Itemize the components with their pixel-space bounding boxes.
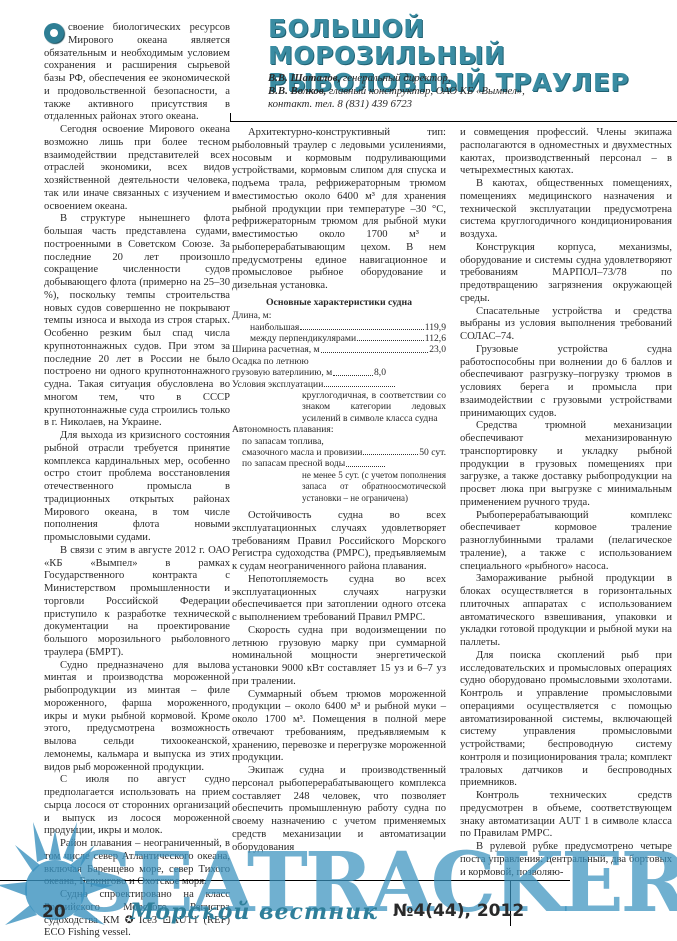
paragraph: и совмещения профессий. Члены экипажа ра… [460, 127, 672, 178]
spec-row: грузовую ватерлинию, м8,0 [232, 367, 446, 378]
page-number: 20 [42, 902, 66, 922]
author-1: В.В. Шаталов, генеральный директор, [268, 72, 525, 85]
paragraph: В рулевой рубке предусмотрено четыре пос… [460, 841, 672, 879]
spec-row: по запасам пресной воды [232, 458, 446, 469]
article-authors: В.В. Шаталов, генеральный директор, В.В.… [268, 72, 525, 111]
spec-row: наибольшая119,9 [232, 322, 446, 333]
magazine-name: Морской вестник [130, 899, 378, 925]
author-2: В.В. Волков, главный конструктор, ОАО КБ… [268, 85, 525, 98]
spec-value: 112,6 [425, 333, 446, 344]
spec-value: 23,0 [429, 344, 446, 355]
specs-table: Основные характеристики судна Длина, м: … [232, 297, 446, 504]
column-2: Архитектурно-конструктивный тип: рыболов… [232, 127, 446, 854]
paragraph: В связи с этим в августе 2012 г. ОАО «КБ… [44, 545, 230, 660]
paragraph: Экипаж судна и производственный персонал… [232, 765, 446, 854]
author-1-role: генеральный директор, [340, 72, 450, 84]
spec-draft-label: Осадка по летнюю [232, 356, 446, 367]
paragraph: Рыбоперерабатывающий комплекс обеспечива… [460, 510, 672, 574]
paragraph: Средства трюмной механизации обеспечиваю… [460, 420, 672, 509]
paragraph: Судно предназначено для вылова минтая и … [44, 660, 230, 775]
paragraph: Остойчивость судна во всех эксплуатацион… [232, 510, 446, 574]
paragraph: Контроль технических средств предусмотре… [460, 790, 672, 841]
paragraph: Для поиска скоплений рыб при исследовате… [460, 650, 672, 790]
paragraph: Для выхода из кризисного состояния рыбно… [44, 430, 230, 545]
paragraph-intro: своение биологических ресурсов Мирового … [44, 22, 230, 124]
paragraph: Непотопляемость судна во всех эксплуатац… [232, 574, 446, 625]
paragraph: Район плавания – неограниченный, в том ч… [44, 838, 230, 889]
paragraph: С июля по август судно предполагается ис… [44, 774, 230, 838]
column-3: и совмещения профессий. Члены экипажа ра… [460, 127, 672, 879]
issue-number: №4(44), 2012 [393, 901, 524, 921]
paragraph: Суммарный объем трюмов мороженной продук… [232, 689, 446, 766]
paragraph: Конструкция корпуса, механизмы, оборудов… [460, 242, 672, 306]
footer-divider [0, 880, 570, 881]
paragraph: Спасательные устройства и средства выбра… [460, 306, 672, 344]
author-2-role: главный конструктор, ОАО КБ «Вымпел», [326, 85, 525, 97]
author-1-name: В.В. Шаталов, [268, 72, 340, 84]
author-2-name: В.В. Волков, [268, 85, 326, 97]
spec-value: 8,0 [374, 367, 386, 378]
spec-operation-value: круглогодичная, в соответствии со знаком… [232, 390, 446, 424]
author-contact: контакт. тел. 8 (831) 439 6723 [268, 98, 525, 111]
paragraph: Грузовые устройства судна работоспособны… [460, 344, 672, 421]
paragraph: В каютах, общественных помещениях, помещ… [460, 178, 672, 242]
specs-title: Основные характеристики судна [232, 297, 446, 308]
dropcap-o-icon [44, 23, 64, 43]
spec-row: между перпендикулярами112,6 [232, 333, 446, 344]
spec-row: смазочного масла и провизии50 сут. [232, 447, 446, 458]
spec-row: Ширина расчетная, м23,0 [232, 344, 446, 355]
spec-value: 119,9 [425, 322, 446, 333]
spec-row: Условия эксплуатации [232, 379, 446, 390]
paragraph: Замораживание рыбной продукции в блоках … [460, 573, 672, 650]
header-divider [230, 121, 677, 122]
paragraph: Архитектурно-конструктивный тип: рыболов… [232, 127, 446, 293]
spec-length-label: Длина, м: [232, 310, 446, 321]
header-divider-tick [230, 113, 231, 122]
spec-value: 50 сут. [419, 447, 446, 458]
spec-autonomy-water-value: не менее 5 сут. (с учетом пополнения зап… [232, 470, 446, 504]
spec-autonomy-label: Автономность плавания: [232, 424, 446, 435]
column-1: своение биологических ресурсов Мирового … [44, 22, 230, 940]
paragraph: Сегодня освоение Мирового океана возможн… [44, 124, 230, 213]
paragraph: В структуре нынешнего флота большая част… [44, 213, 230, 430]
paragraph: Скорость судна при водоизмещении по летн… [232, 625, 446, 689]
